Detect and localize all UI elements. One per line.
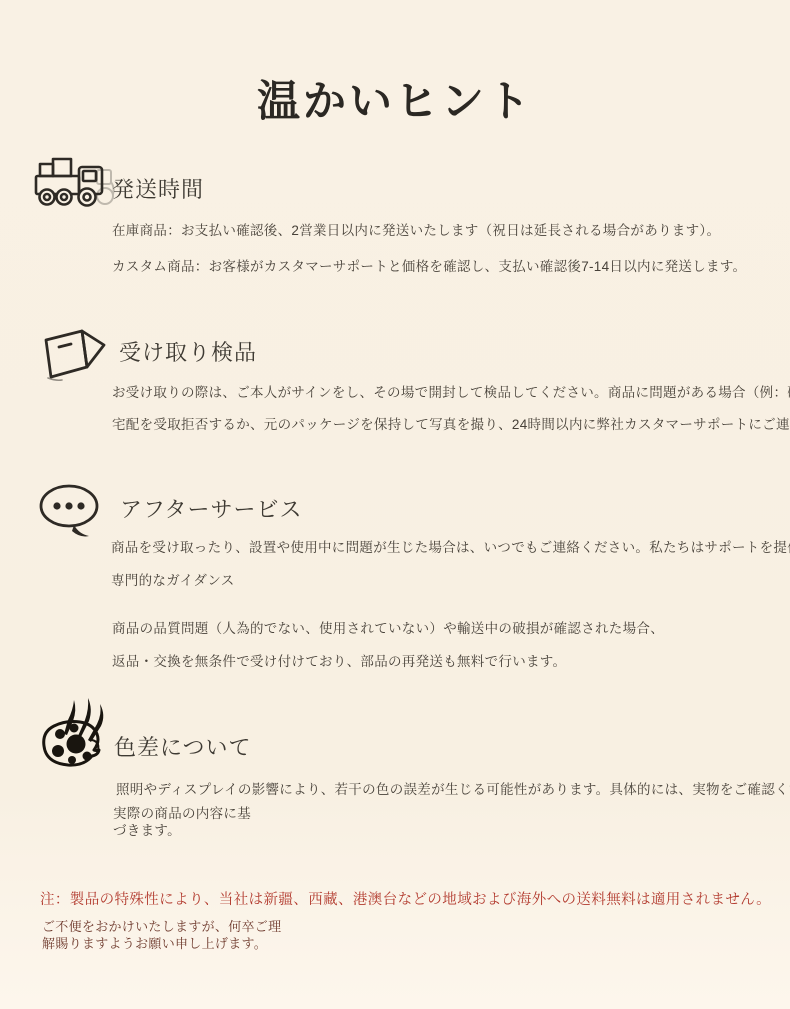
- open-box-icon: [38, 320, 110, 386]
- receipt-inspection-paragraph: お受け取りの際は、ご本人がサインをし、その場で開封して検品してください。商品に問…: [112, 381, 790, 401]
- product-info-page: 温かいヒント 発送時間 在庫商品：お支払い確認後、2営業日以内に発送いたします（…: [0, 0, 790, 1009]
- color-difference-paragraph: づきます。: [113, 819, 181, 839]
- paint-palette-icon: [34, 696, 122, 776]
- section-heading-after-service: アフターサービス: [120, 493, 302, 524]
- section-heading-color-difference: 色差について: [114, 731, 252, 762]
- section-heading-shipping-time: 発送時間: [112, 173, 204, 204]
- shipping-restriction-note: 注：製品の特殊性により、当社は新疆、西藏、港澳台などの地域および海外への送料無料…: [40, 888, 771, 909]
- after-service-paragraph: 商品を受け取ったり、設置や使用中に問題が生じた場合は、いつでもご連絡ください。私…: [111, 536, 790, 556]
- after-service-paragraph: 商品の品質問題（人為的でない、使用されていない）や輸送中の破損が確認された場合、: [112, 617, 664, 637]
- speech-bubble-icon: [36, 482, 110, 542]
- truck-icon: [33, 156, 117, 212]
- page-title: 温かいヒント: [0, 68, 790, 129]
- shipping-time-paragraph: 在庫商品：お支払い確認後、2営業日以内に発送いたします（祝日は延長される場合があ…: [112, 219, 720, 239]
- section-heading-receipt-inspection: 受け取り検品: [119, 336, 257, 367]
- after-service-paragraph: 専門的なガイダンス: [111, 569, 235, 589]
- apology-note: 解賜りますようお願い申し上げます。: [42, 933, 267, 952]
- shipping-time-paragraph: カスタム商品：お客様がカスタマーサポートと価格を確認し、支払い確認後7-14日以…: [112, 255, 746, 275]
- after-service-paragraph: 返品・交換を無条件で受け付けており、部品の再発送も無料で行います。: [112, 650, 566, 670]
- receipt-inspection-paragraph: 宅配を受取拒否するか、元のパッケージを保持して写真を撮り、24時間以内に弊社カス…: [112, 413, 790, 433]
- color-difference-paragraph: 照明やディスプレイの影響により、若干の色の誤差が生じる可能性があります。具体的に…: [116, 778, 790, 798]
